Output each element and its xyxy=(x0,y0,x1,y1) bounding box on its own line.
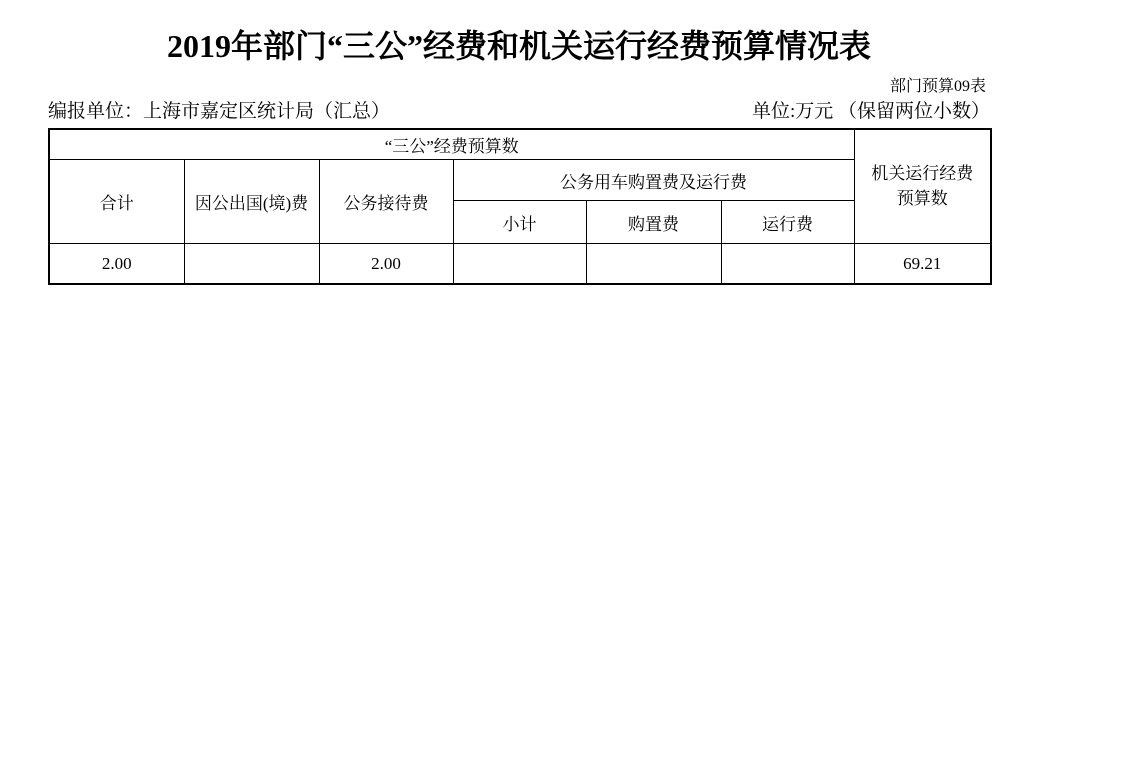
header-row-group: “三公”经费预算数 机关运行经费 预算数 xyxy=(49,129,991,160)
header-vehicle-subtotal: 小计 xyxy=(453,201,586,244)
reporting-unit-label: 编报单位：上海市嘉定区统计局（汇总） xyxy=(48,101,390,124)
form-number-label: 部门预算09表 xyxy=(48,77,990,96)
cell-vehicle-operating-value xyxy=(721,244,854,284)
header-three-public-group: “三公”经费预算数 xyxy=(49,129,854,160)
cell-agency-operating-value: 69.21 xyxy=(854,244,991,284)
cell-vehicle-purchase-value xyxy=(586,244,721,284)
cell-total-value: 2.00 xyxy=(49,244,184,284)
agency-operating-line1: 机关运行经费 xyxy=(871,164,973,183)
header-row-main: 合计 因公出国(境)费 公务接待费 公务用车购置费及运行费 xyxy=(49,160,991,201)
info-row: 编报单位：上海市嘉定区统计局（汇总） 单位:万元 （保留两位小数） xyxy=(48,101,990,124)
header-total: 合计 xyxy=(49,160,184,244)
header-vehicle-operating: 运行费 xyxy=(721,201,854,244)
unit-note-label: 单位:万元 （保留两位小数） xyxy=(752,101,990,124)
header-reception: 公务接待费 xyxy=(319,160,453,244)
budget-table: “三公”经费预算数 机关运行经费 预算数 合计 因公出国(境)费 公务接待费 公… xyxy=(48,128,992,285)
agency-operating-line2: 预算数 xyxy=(897,189,948,208)
cell-overseas-value xyxy=(184,244,319,284)
header-vehicle-purchase: 购置费 xyxy=(586,201,721,244)
header-vehicle-group: 公务用车购置费及运行费 xyxy=(453,160,854,201)
budget-document: 2019年部门“三公”经费和机关运行经费预算情况表 部门预算09表 编报单位：上… xyxy=(48,0,990,285)
cell-reception-value: 2.00 xyxy=(319,244,453,284)
page-title: 2019年部门“三公”经费和机关运行经费预算情况表 xyxy=(48,0,990,65)
table-row: 2.00 2.00 69.21 xyxy=(49,244,991,284)
cell-vehicle-subtotal-value xyxy=(453,244,586,284)
header-agency-operating: 机关运行经费 预算数 xyxy=(854,129,991,244)
header-overseas: 因公出国(境)费 xyxy=(184,160,319,244)
